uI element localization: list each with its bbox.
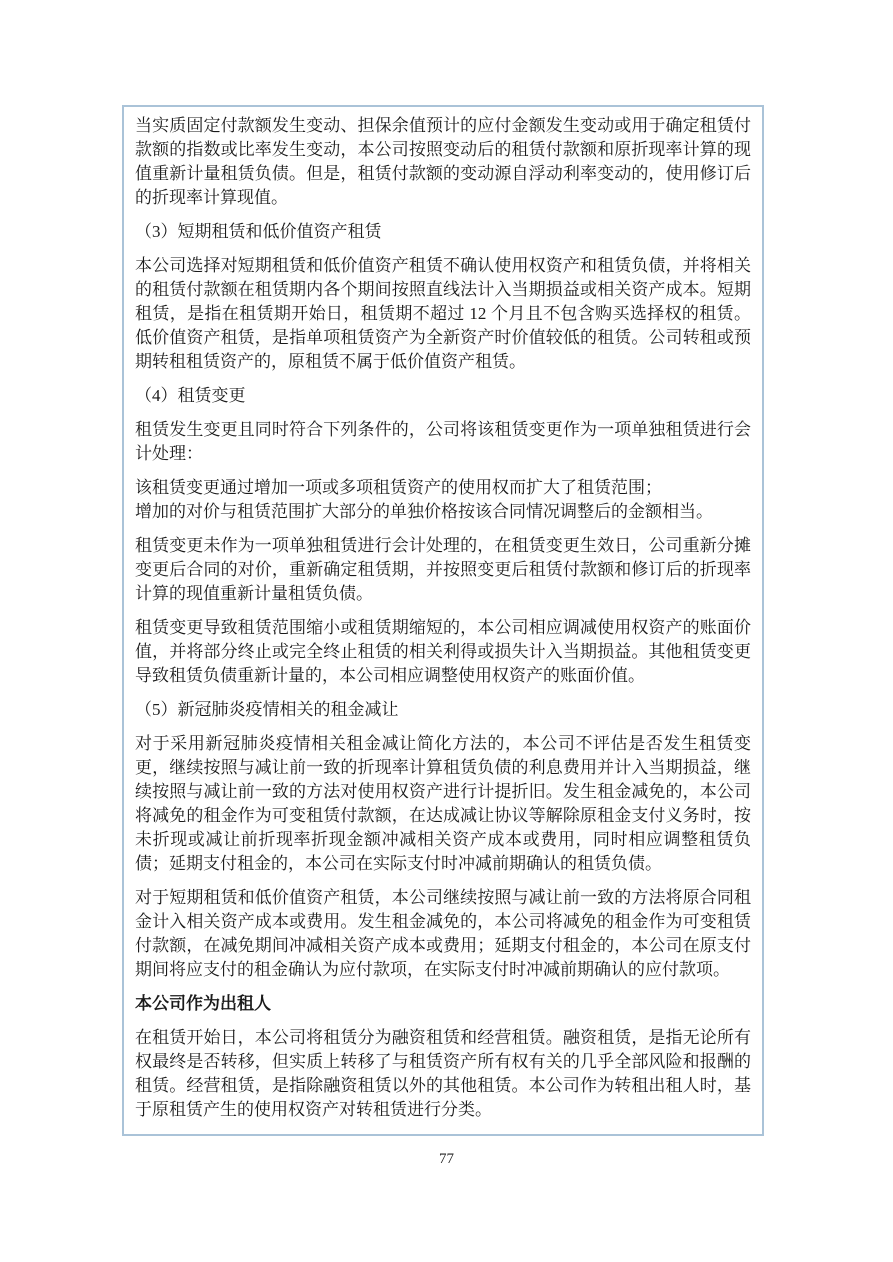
document-page: 当实质固定付款额发生变动、担保余值预计的应付金额发生变动或用于确定租赁付款额的指… [0, 0, 893, 1262]
section-heading-5: （5）新冠肺炎疫情相关的租金减让 [135, 698, 751, 722]
section-heading-1: （1）经营租赁会计处理 [135, 1132, 751, 1136]
heading-company-as-lessor: 本公司作为出租人 [135, 992, 751, 1016]
paragraph-covid-rent-concession: 对于采用新冠肺炎疫情相关租金减让简化方法的，本公司不评估是否发生租赁变更，继续按… [135, 732, 751, 876]
paragraph-lease-payment-change: 当实质固定付款额发生变动、担保余值预计的应付金额发生变动或用于确定租赁付款额的指… [135, 114, 751, 210]
paragraph-lessor-classification: 在租赁开始日，本公司将租赁分为融资租赁和经营租赁。融资租赁，是指无论所有权最终是… [135, 1026, 751, 1122]
paragraph-modification-scope-reduced: 租赁变更导致租赁范围缩小或租赁期缩短的，本公司相应调减使用权资产的账面价值，并将… [135, 616, 751, 688]
paragraph-lease-modification-intro: 租赁发生变更且同时符合下列条件的，公司将该租赁变更作为一项单独租赁进行会计处理： [135, 418, 751, 466]
paragraph-lease-modification-conditions: 该租赁变更通过增加一项或多项租赁资产的使用权而扩大了租赁范围； 增加的对价与租赁… [135, 476, 751, 524]
section-heading-4: （4）租赁变更 [135, 384, 751, 408]
paragraph-covid-short-term-lease: 对于短期租赁和低价值资产租赁，本公司继续按照与减让前一致的方法将原合同租金计入相… [135, 886, 751, 982]
section-heading-3: （3）短期租赁和低价值资产租赁 [135, 220, 751, 244]
paragraph-short-term-lease: 本公司选择对短期租赁和低价值资产租赁不确认使用权资产和租赁负债，并将相关的租赁付… [135, 254, 751, 374]
page-number: 77 [0, 1149, 893, 1169]
paragraph-modification-not-separate: 租赁变更未作为一项单独租赁进行会计处理的，在租赁变更生效日，公司重新分摊变更后合… [135, 534, 751, 606]
policy-text-box: 当实质固定付款额发生变动、担保余值预计的应付金额发生变动或用于确定租赁付款额的指… [122, 105, 764, 1136]
